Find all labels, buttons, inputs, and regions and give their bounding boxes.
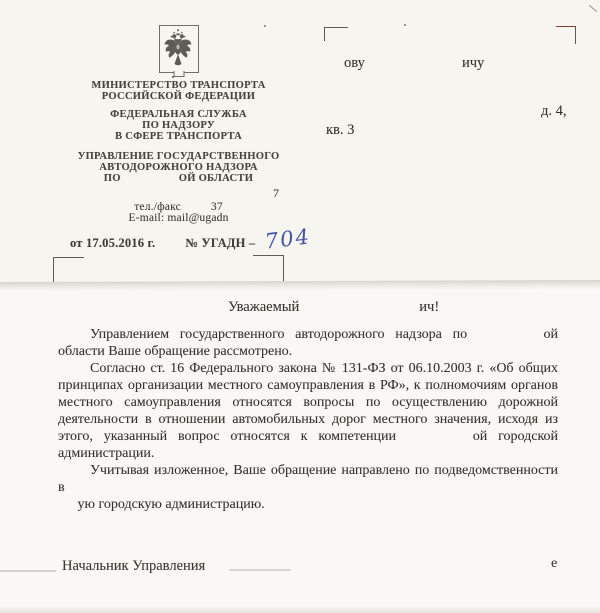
reference-date: от 17.05.2016 г.	[70, 236, 155, 250]
overlaid-sheet-edge-shadow	[0, 280, 600, 291]
reference-line: от 17.05.2016 г.№ УГАДН –704	[70, 233, 311, 251]
addressee-apartment-fragment: кв. 3	[326, 122, 354, 139]
addressee-zone-corner-mark-left	[324, 27, 348, 41]
ministry-name: МИНИСТЕРСТВО ТРАНСПОРТА РОССИЙСКОЙ ФЕДЕР…	[36, 80, 321, 102]
coat-of-arms-frame	[159, 25, 199, 73]
department-line: УПРАВЛЕНИЕ ГОСУДАРСТВЕННОГО	[36, 151, 321, 162]
emblem-frame-notch	[173, 71, 184, 77]
scan-speck	[264, 25, 266, 27]
signature-name-fragment: е	[551, 556, 557, 572]
email-line: E-mail: mail@ugadn	[36, 212, 321, 224]
scanned-letter-page: МИНИСТЕРСТВО ТРАНСПОРТА РОССИЙСКОЙ ФЕДЕР…	[0, 0, 600, 613]
reference-zone-corner-mark-right	[253, 255, 284, 282]
department-region-line: ПООЙ ОБЛАСТИ	[36, 173, 321, 184]
body-paragraph: Учитывая изложенное, Ваше обращение напр…	[58, 462, 558, 513]
redacted-region-gap	[121, 180, 179, 181]
page-bottom-shadow	[0, 606, 600, 613]
addressee-patronymic-fragment: ичу	[462, 55, 484, 72]
department-region-prefix: ПО	[104, 173, 121, 184]
body-paragraph: Согласно ст. 16 Федерального закона № 13…	[58, 360, 558, 462]
body-paragraph: Управлением государственного автодорожно…	[58, 326, 558, 360]
letterhead: МИНИСТЕРСТВО ТРАНСПОРТА РОССИЙСКОЙ ФЕДЕР…	[36, 0, 321, 184]
scan-speck	[172, 76, 174, 78]
addressee-house-fragment: д. 4,	[541, 103, 567, 120]
addressee-name-fragment: ову	[344, 55, 365, 72]
service-line: ПО НАДЗОРУ	[36, 120, 321, 131]
department-region-suffix: ОЙ ОБЛАСТИ	[179, 173, 253, 184]
reference-gap	[155, 246, 185, 247]
redacted-text-gap	[478, 337, 533, 338]
redacted-text-gap	[58, 507, 74, 508]
double-headed-eagle-icon	[163, 28, 193, 68]
salutation: Уважаемыйич!	[228, 299, 439, 316]
signature-title: Начальник Управления	[62, 558, 205, 575]
department-line: АВТОДОРОЖНОГО НАДЗОРА	[36, 162, 321, 173]
department-name: УПРАВЛЕНИЕ ГОСУДАРСТВЕННОГО АВТОДОРОЖНОГ…	[36, 151, 321, 184]
reference-number-label: № УГАДН –	[185, 236, 255, 250]
ministry-line: РОССИЙСКОЙ ФЕДЕРАЦИИ	[36, 91, 321, 102]
salutation-suffix: ич!	[419, 299, 439, 315]
salutation-prefix: Уважаемый	[228, 299, 299, 315]
scan-speck	[404, 24, 406, 26]
redacted-text-gap	[407, 439, 462, 440]
body-text: Управлением государственного автодорожно…	[58, 326, 558, 513]
scan-smear	[229, 569, 291, 571]
scan-smear	[0, 570, 56, 572]
ministry-line: МИНИСТЕРСТВО ТРАНСПОРТА	[36, 80, 321, 91]
service-line: В СФЕРЕ ТРАНСПОРТА	[36, 131, 321, 142]
federal-service-name: ФЕДЕРАЛЬНАЯ СЛУЖБА ПО НАДЗОРУ В СФЕРЕ ТР…	[36, 109, 321, 142]
reference-zone-corner-mark-left	[53, 257, 84, 283]
address-fragment: 7	[273, 186, 279, 201]
redacted-phone-gap	[181, 209, 211, 210]
handwritten-outgoing-number: 704	[265, 229, 312, 249]
service-line: ФЕДЕРАЛЬНАЯ СЛУЖБА	[36, 109, 321, 120]
redacted-name-gap	[299, 310, 419, 311]
addressee-zone-corner-mark-right	[556, 26, 576, 44]
